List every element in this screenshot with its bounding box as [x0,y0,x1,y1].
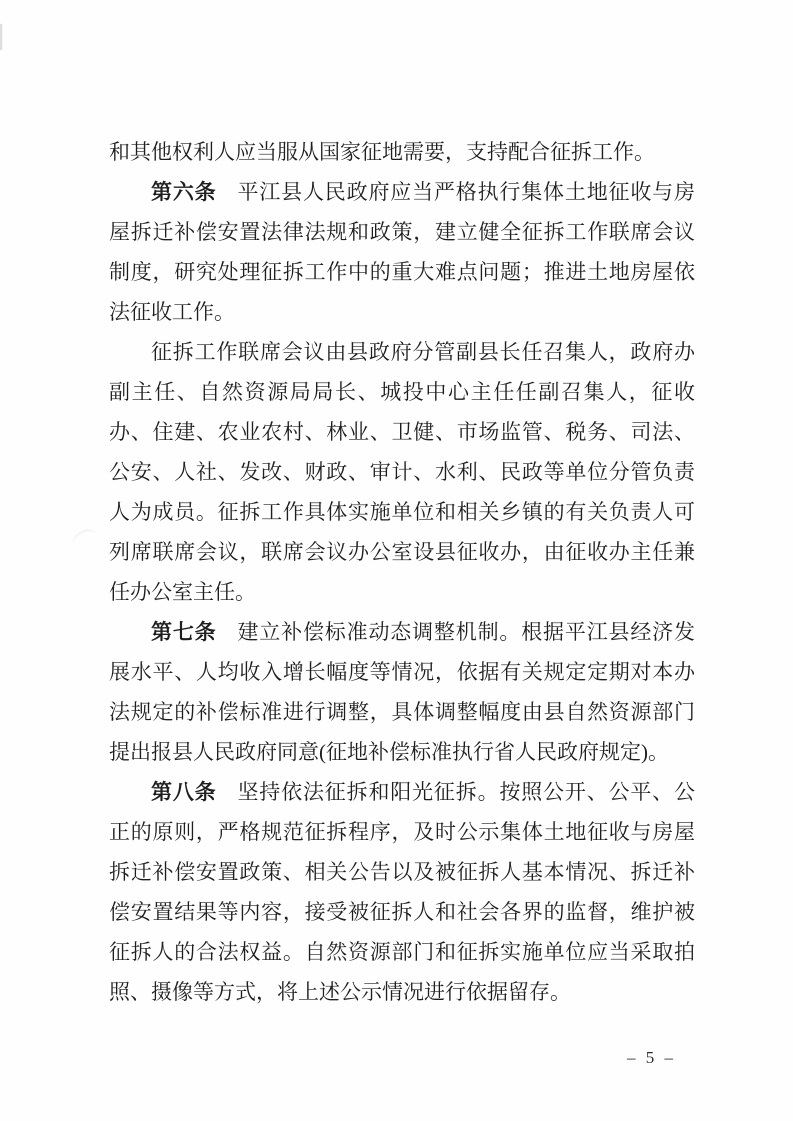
article-8-label: 第八条 [151,780,216,804]
page-number: – 5 – [627,1046,676,1070]
paragraph-text: 坚持依法征拆和阳光征拆。按照公开、公平、公正的原则，严格规范征拆程序，及时公示集… [109,780,695,1004]
document-page: 和其他权利人应当服从国家征地需要，支持配合征拆工作。 第六条平江县人民政府应当严… [0,0,793,1121]
paragraph-joint-meeting: 征拆工作联席会议由县政府分管副县长任召集人，政府办副主任、自然资源局局长、城投中… [109,332,695,612]
paragraph-text: 和其他权利人应当服从国家征地需要，支持配合征拆工作。 [109,140,655,164]
paragraph-text: 征拆工作联席会议由县政府分管副县长任召集人，政府办副主任、自然资源局局长、城投中… [109,340,695,604]
paragraph-article-7: 第七条建立补偿标准动态调整机制。根据平江县经济发展水平、人均收入增长幅度等情况，… [109,612,695,772]
article-6-label: 第六条 [151,180,216,204]
scan-artifact-edge [0,24,2,50]
article-7-label: 第七条 [151,620,216,644]
paragraph-continuation: 和其他权利人应当服从国家征地需要，支持配合征拆工作。 [109,132,695,172]
scan-artifact-smudge [68,527,99,550]
paragraph-article-6: 第六条平江县人民政府应当严格执行集体土地征收与房屋拆迁补偿安置法律法规和政策，建… [109,172,695,332]
paragraph-article-8: 第八条坚持依法征拆和阳光征拆。按照公开、公平、公正的原则，严格规范征拆程序，及时… [109,772,695,1012]
document-body: 和其他权利人应当服从国家征地需要，支持配合征拆工作。 第六条平江县人民政府应当严… [109,132,695,1012]
